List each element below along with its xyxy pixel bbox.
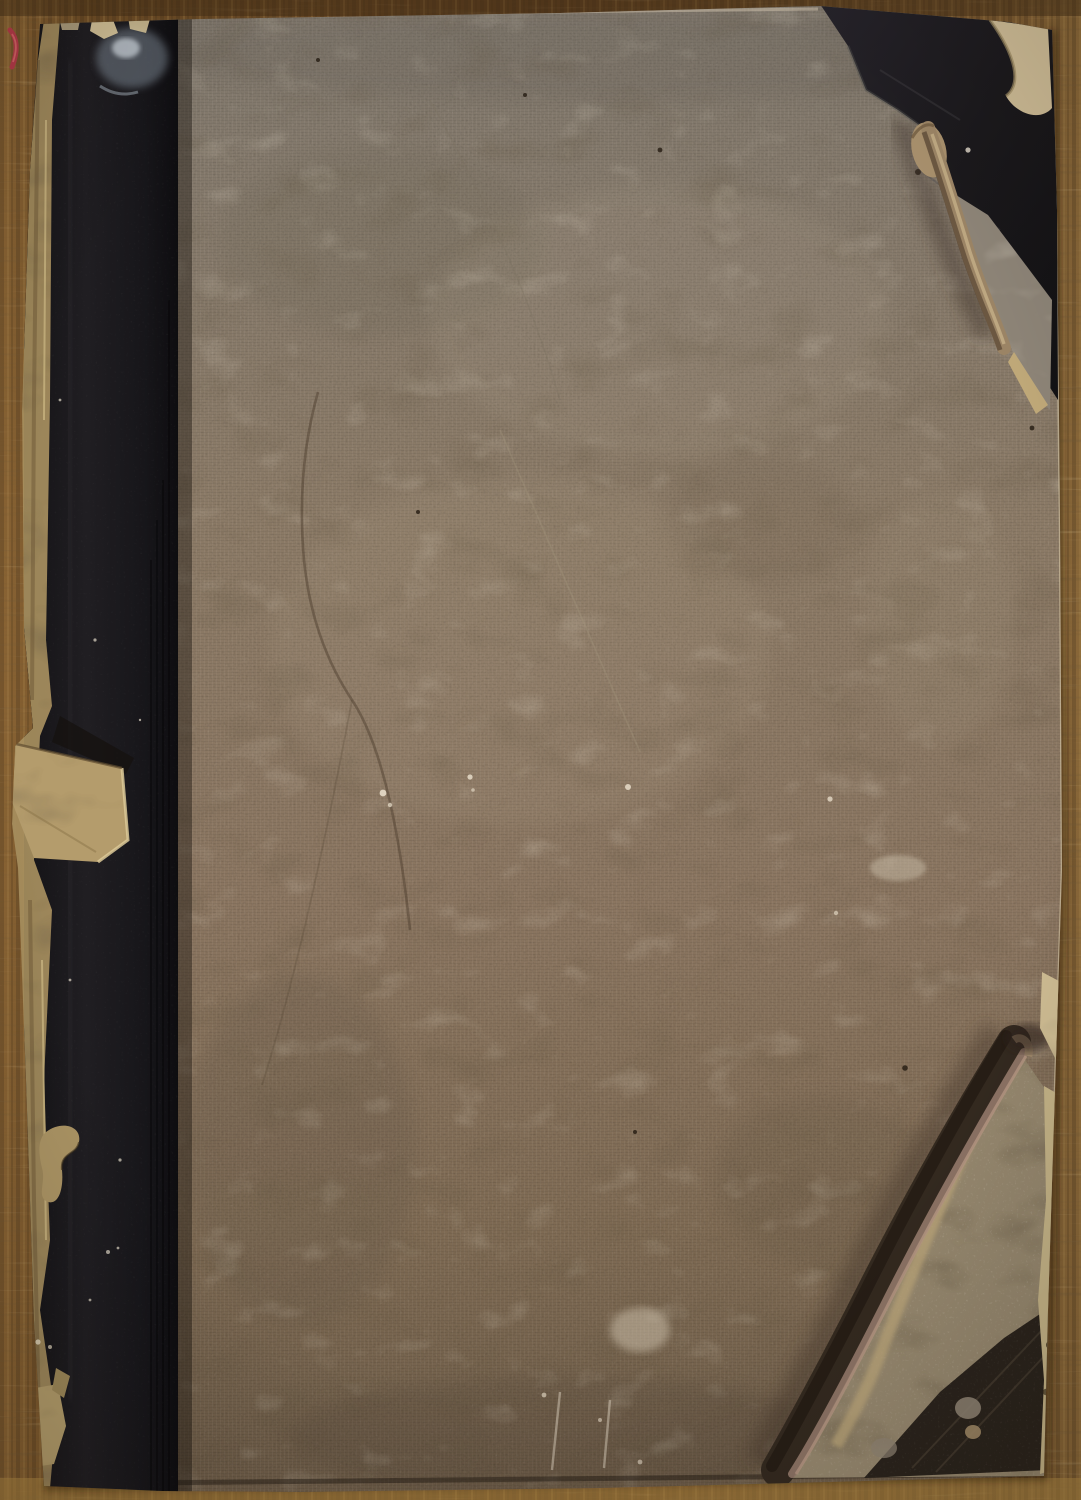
photo-of-book: Worn antique hardcover book cover lying … xyxy=(0,0,1081,1500)
photo-canvas: Worn antique hardcover book cover lying … xyxy=(0,0,1081,1500)
vignette-overlay xyxy=(0,0,1081,1500)
